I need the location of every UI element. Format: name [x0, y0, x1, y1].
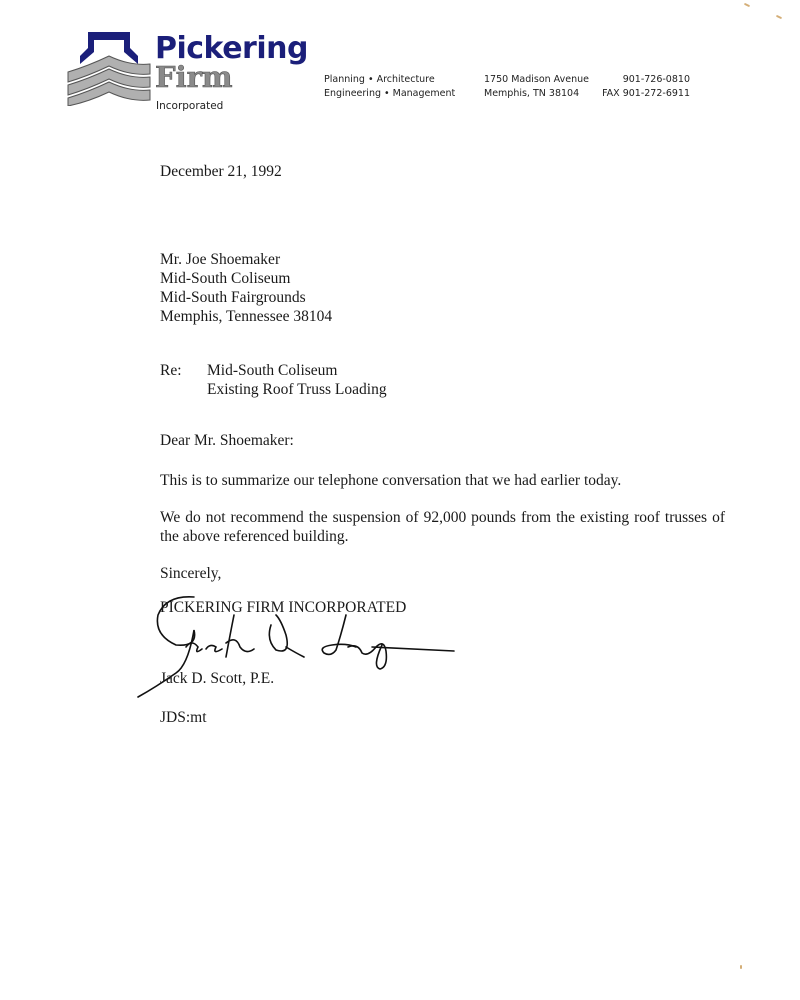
recipient-line: Mid-South Fairgrounds [160, 288, 332, 307]
subject-line: Existing Roof Truss Loading [207, 380, 387, 399]
company-logo-icon [66, 30, 152, 106]
address-line: 1750 Madison Avenue [484, 73, 589, 87]
brand-suffix: Incorporated [156, 100, 223, 112]
scan-speck [776, 15, 782, 19]
address-line: Memphis, TN 38104 [484, 87, 589, 101]
subject-lines: Mid-South Coliseum Existing Roof Truss L… [207, 361, 387, 399]
scan-speck [744, 3, 750, 7]
re-label: Re: [160, 361, 182, 380]
recipient-line: Memphis, Tennessee 38104 [160, 307, 332, 326]
signer-name: Jack D. Scott, P.E. [160, 669, 274, 688]
letterhead-services: Planning • Architecture Engineering • Ma… [324, 73, 455, 100]
typist-initials: JDS:mt [160, 708, 207, 727]
letterhead-address: 1750 Madison Avenue Memphis, TN 38104 [484, 73, 589, 100]
recipient-address: Mr. Joe Shoemaker Mid-South Coliseum Mid… [160, 250, 332, 326]
subject-line: Mid-South Coliseum [207, 361, 387, 380]
service-line: Engineering • Management [324, 87, 455, 101]
recipient-line: Mr. Joe Shoemaker [160, 250, 332, 269]
brand-sub: Firm [155, 63, 233, 92]
salutation: Dear Mr. Shoemaker: [160, 431, 294, 450]
phone-line: 901-726-0810 [590, 73, 690, 87]
body-paragraph: This is to summarize our telephone conve… [160, 471, 740, 490]
recipient-line: Mid-South Coliseum [160, 269, 332, 288]
service-line: Planning • Architecture [324, 73, 455, 87]
fax-line: FAX 901-272-6911 [590, 87, 690, 101]
closing: Sincerely, [160, 564, 221, 583]
letterhead-phone: 901-726-0810 FAX 901-272-6911 [590, 73, 690, 100]
company-signature-line: PICKERING FIRM INCORPORATED [160, 598, 406, 617]
body-paragraph: We do not recommend the suspension of 92… [160, 508, 725, 546]
scan-speck [740, 965, 742, 969]
letter-date: December 21, 1992 [160, 162, 282, 181]
